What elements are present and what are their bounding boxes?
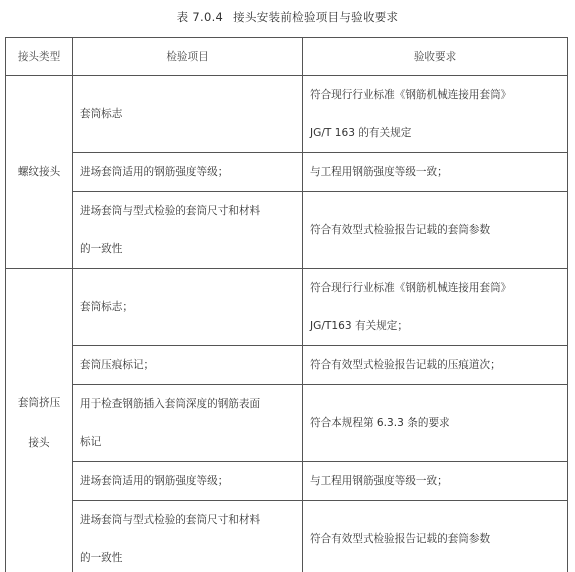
requirement-cell: 符合有效型式检验报告记载的压痕道次； <box>303 346 568 385</box>
item-text: 标记 <box>80 423 295 461</box>
inspection-item-cell: 进场套筒适用的钢筋强度等级； <box>73 462 303 501</box>
inspection-item-cell: 套筒标志； <box>73 269 303 346</box>
table-row: 进场套筒适用的钢筋强度等级； 与工程用钢筋强度等级一致； <box>6 153 568 192</box>
table-header-row: 接头类型 检验项目 验收要求 <box>6 38 568 76</box>
joint-type-cell: 套筒挤压 接头 <box>6 269 73 572</box>
joint-type-label: 接头 <box>13 423 65 463</box>
table-row: 用于检查钢筋插入套筒深度的钢筋表面 标记 符合本规程第 6.3.3 条的要求 <box>6 385 568 462</box>
joint-type-label: 螺纹接头 <box>13 152 65 192</box>
table-row: 套筒压痕标记； 符合有效型式检验报告记载的压痕道次； <box>6 346 568 385</box>
table-row: 螺纹接头 套筒标志 符合现行行业标准《钢筋机械连接用套筒》 JG/T 163 的… <box>6 76 568 153</box>
requirement-text: 符合有效型式检验报告记载的套筒参数 <box>310 211 560 249</box>
item-text: 的一致性 <box>80 230 295 268</box>
requirement-text: JG/T163 有关规定； <box>310 307 560 345</box>
table-row: 套筒挤压 接头 套筒标志； 符合现行行业标准《钢筋机械连接用套筒》 JG/T16… <box>6 269 568 346</box>
table-row: 进场套筒与型式检验的套筒尺寸和材料 的一致性 符合有效型式检验报告记载的套筒参数 <box>6 501 568 572</box>
joint-type-label: 套筒挤压 <box>13 383 65 423</box>
requirement-text: 符合有效型式检验报告记载的压痕道次； <box>310 346 560 384</box>
table-number: 表 7.0.4 <box>177 10 224 24</box>
requirement-cell: 与工程用钢筋强度等级一致； <box>303 153 568 192</box>
inspection-item-cell: 进场套筒适用的钢筋强度等级； <box>73 153 303 192</box>
item-text: 用于检查钢筋插入套筒深度的钢筋表面 <box>80 385 295 423</box>
requirement-text: 与工程用钢筋强度等级一致； <box>310 153 560 191</box>
inspection-item-cell: 套筒压痕标记； <box>73 346 303 385</box>
item-text: 进场套筒与型式检验的套筒尺寸和材料 <box>80 501 295 539</box>
requirement-cell: 符合本规程第 6.3.3 条的要求 <box>303 385 568 462</box>
item-text: 进场套筒适用的钢筋强度等级； <box>80 462 295 500</box>
inspection-item-cell: 套筒标志 <box>73 76 303 153</box>
item-text: 套筒标志； <box>80 288 295 326</box>
inspection-item-cell: 进场套筒与型式检验的套筒尺寸和材料 的一致性 <box>73 501 303 572</box>
item-text: 进场套筒与型式检验的套筒尺寸和材料 <box>80 192 295 230</box>
requirement-text: 符合现行行业标准《钢筋机械连接用套筒》 <box>310 76 560 114</box>
item-text: 套筒标志 <box>80 95 295 133</box>
inspection-item-cell: 进场套筒与型式检验的套筒尺寸和材料 的一致性 <box>73 192 303 269</box>
requirement-cell: 符合有效型式检验报告记载的套筒参数 <box>303 501 568 572</box>
joint-type-cell: 螺纹接头 <box>6 76 73 269</box>
requirement-cell: 符合有效型式检验报告记载的套筒参数 <box>303 192 568 269</box>
inspection-item-cell: 用于检查钢筋插入套筒深度的钢筋表面 标记 <box>73 385 303 462</box>
requirement-cell: 符合现行行业标准《钢筋机械连接用套筒》 JG/T 163 的有关规定 <box>303 76 568 153</box>
requirement-cell: 符合现行行业标准《钢筋机械连接用套筒》 JG/T163 有关规定； <box>303 269 568 346</box>
item-text: 的一致性 <box>80 539 295 572</box>
header-joint-type: 接头类型 <box>6 38 73 76</box>
header-acceptance-requirement: 验收要求 <box>303 38 568 76</box>
table-row: 进场套筒与型式检验的套筒尺寸和材料 的一致性 符合有效型式检验报告记载的套筒参数 <box>6 192 568 269</box>
requirement-text: JG/T 163 的有关规定 <box>310 114 560 152</box>
requirement-cell: 与工程用钢筋强度等级一致； <box>303 462 568 501</box>
requirement-text: 符合本规程第 6.3.3 条的要求 <box>310 404 560 442</box>
requirement-text: 符合现行行业标准《钢筋机械连接用套筒》 <box>310 269 560 307</box>
table-caption: 表 7.0.4接头安装前检验项目与验收要求 <box>0 9 575 25</box>
inspection-table: 接头类型 检验项目 验收要求 螺纹接头 套筒标志 符合现行行业标准《钢筋机械连接… <box>5 37 568 572</box>
header-inspection-item: 检验项目 <box>73 38 303 76</box>
table-row: 进场套筒适用的钢筋强度等级； 与工程用钢筋强度等级一致； <box>6 462 568 501</box>
item-text: 套筒压痕标记； <box>80 346 295 384</box>
requirement-text: 符合有效型式检验报告记载的套筒参数 <box>310 520 560 558</box>
item-text: 进场套筒适用的钢筋强度等级； <box>80 153 295 191</box>
requirement-text: 与工程用钢筋强度等级一致； <box>310 462 560 500</box>
table-title: 接头安装前检验项目与验收要求 <box>233 10 398 24</box>
